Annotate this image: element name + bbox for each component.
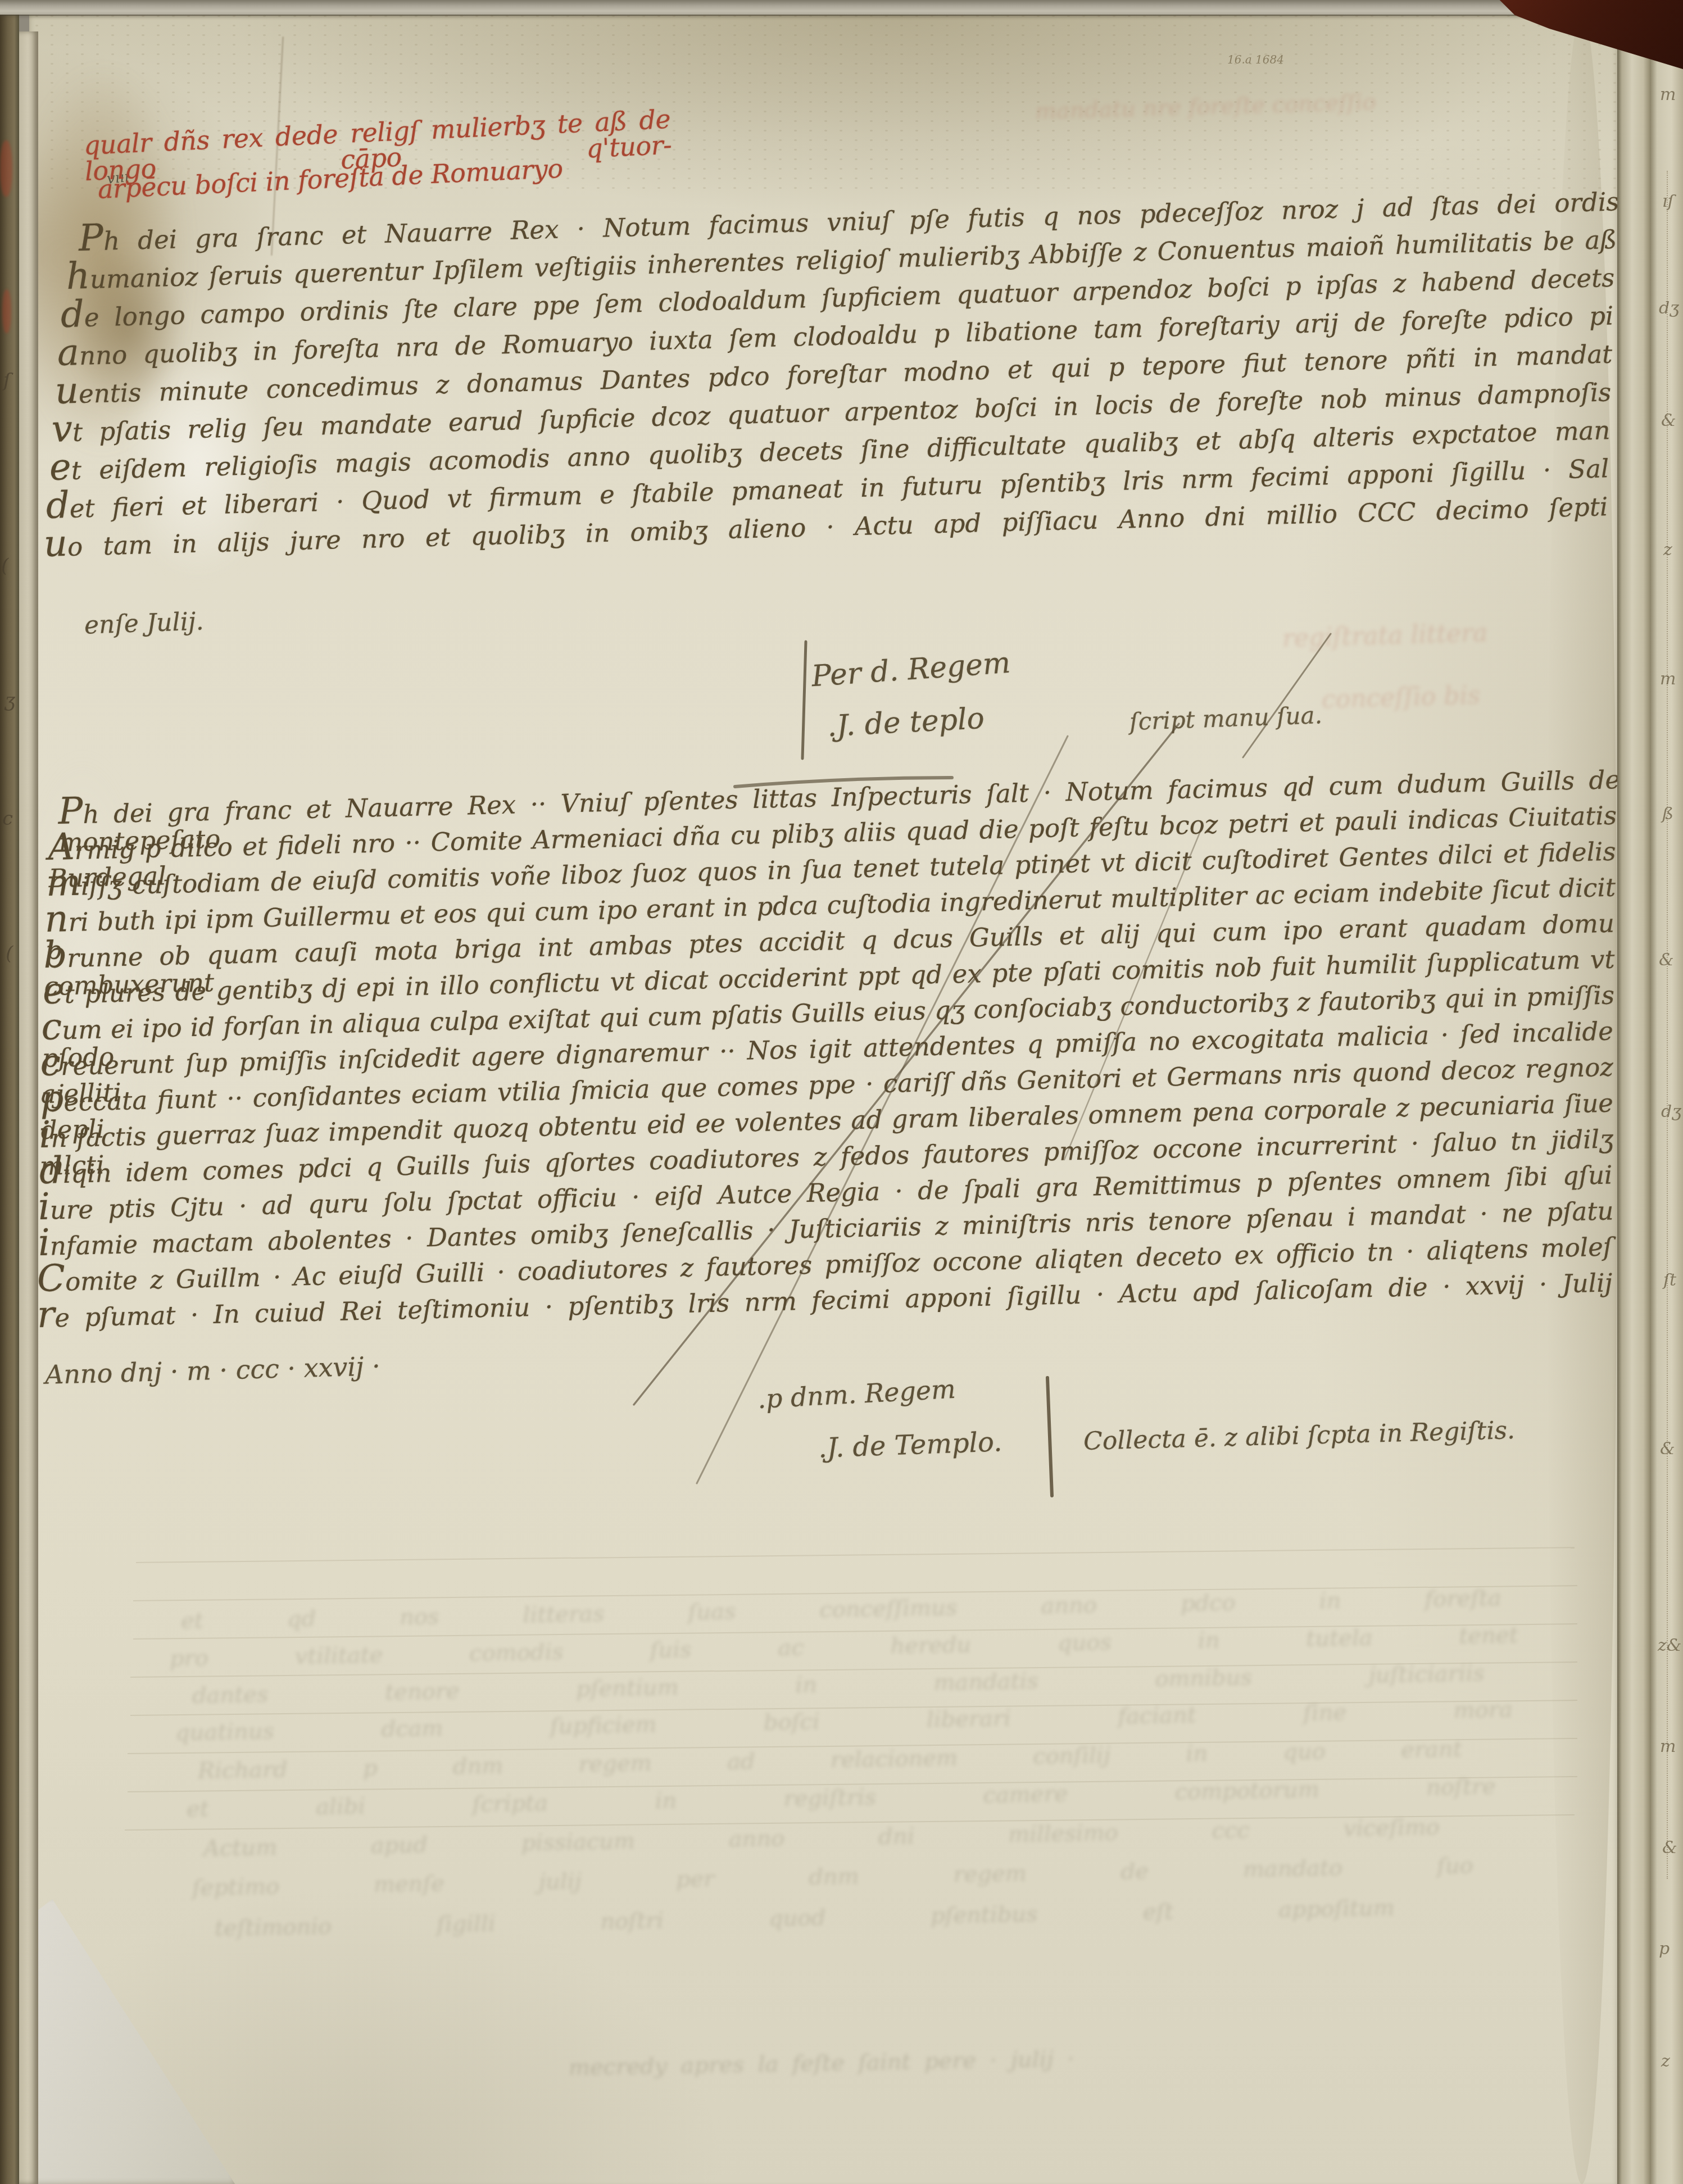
next-page-text-fragment: ſt — [1663, 1272, 1676, 1289]
gutter-ink-fragment: ( — [1, 556, 8, 575]
next-page-text-fragment: dʒ — [1659, 300, 1679, 317]
next-page-text-fragment: z& — [1658, 1637, 1682, 1654]
signature1-per-regem: Per d. Regem — [811, 648, 1011, 692]
ruling-line — [136, 1547, 1575, 1563]
gutter-ink-fragment: ( — [6, 944, 13, 963]
gutter-ink-fragment: ſ — [3, 371, 11, 390]
charter2-dateline: Anno dnj · m · ccc · xxvij · — [45, 1353, 381, 1388]
fore-edge-next-folio — [1617, 6, 1650, 2184]
bleedthrough-text-line: ſeptimo menſe julij per dnm regem de man… — [192, 1854, 1473, 1899]
bleedthrough-red-text: regiſtrata littera — [1282, 621, 1487, 651]
next-page-text-fragment: & — [1661, 412, 1676, 429]
bleedthrough-red-text: conceſſio bis — [1321, 683, 1480, 712]
next-page-text-fragment: & — [1659, 952, 1674, 969]
next-page-text-fragment: m — [1660, 87, 1676, 103]
signature2-notary-name: .J. de Templo. — [818, 1428, 1002, 1461]
next-page-text-fragment: & — [1660, 1441, 1675, 1457]
next-page-text-fragment: m — [1660, 1738, 1676, 1755]
gutter-red-offset-mark — [2, 289, 11, 333]
bleedthrough-text-line: teſtimonio ſigilli noſtri quod pſentibus… — [215, 1896, 1395, 1940]
next-page-text-fragment: dʒ — [1661, 1104, 1681, 1120]
manuscript-photo: ſ ( ʒ c ( vııı 16.a 1684 mandatu nre for… — [0, 0, 1683, 2184]
repair-patch-bottom-left — [22, 1899, 236, 2184]
gutter-ink-fragment: c — [2, 809, 13, 828]
next-page-text-fragment: ß — [1662, 806, 1673, 823]
signature1-script-note: ſcript manu ſua. — [1129, 703, 1322, 734]
next-page-text-fragment: ıſ — [1662, 193, 1674, 210]
bleedthrough-text-line: Richard p dnm regem ad relacionem conſil… — [198, 1738, 1462, 1782]
charter1-dateline: enſe Julij. — [84, 609, 204, 638]
next-page-text-fragment: z — [1661, 2053, 1670, 2070]
book-top-edge — [0, 0, 1683, 15]
bleedthrough-text-line: mecredy apres la feſte ſaint pere · juli… — [569, 2047, 1075, 2079]
signature2-registration-note: Collecta ē. z alibi ſcpta in Regiſtis. — [1083, 1418, 1516, 1454]
next-page-text-fragment: p — [1659, 1941, 1670, 1958]
corner-inscription: 16.a 1684 — [1227, 54, 1284, 65]
bleedthrough-text-line: et alibi ſcripta in regiſtris camere com… — [187, 1775, 1496, 1820]
signature2-per-regem: .p dnm. Regem — [757, 1376, 956, 1412]
parchment-page: vııı 16.a 1684 mandatu nre foreſte conce… — [29, 11, 1617, 2184]
gutter-red-offset-mark — [0, 140, 12, 197]
fore-edge-outer-folio: m ıſ dʒ & z m ß & dʒ ſt & z& m & p z — [1650, 8, 1683, 2184]
next-page-text-fragment: & — [1662, 1840, 1677, 1856]
next-page-text-fragment: m — [1660, 671, 1676, 688]
signature1-notary-name: .J. de teplo — [827, 704, 985, 742]
next-page-text-fragment: z — [1663, 542, 1672, 559]
gutter-ink-fragment: ʒ — [4, 691, 15, 710]
